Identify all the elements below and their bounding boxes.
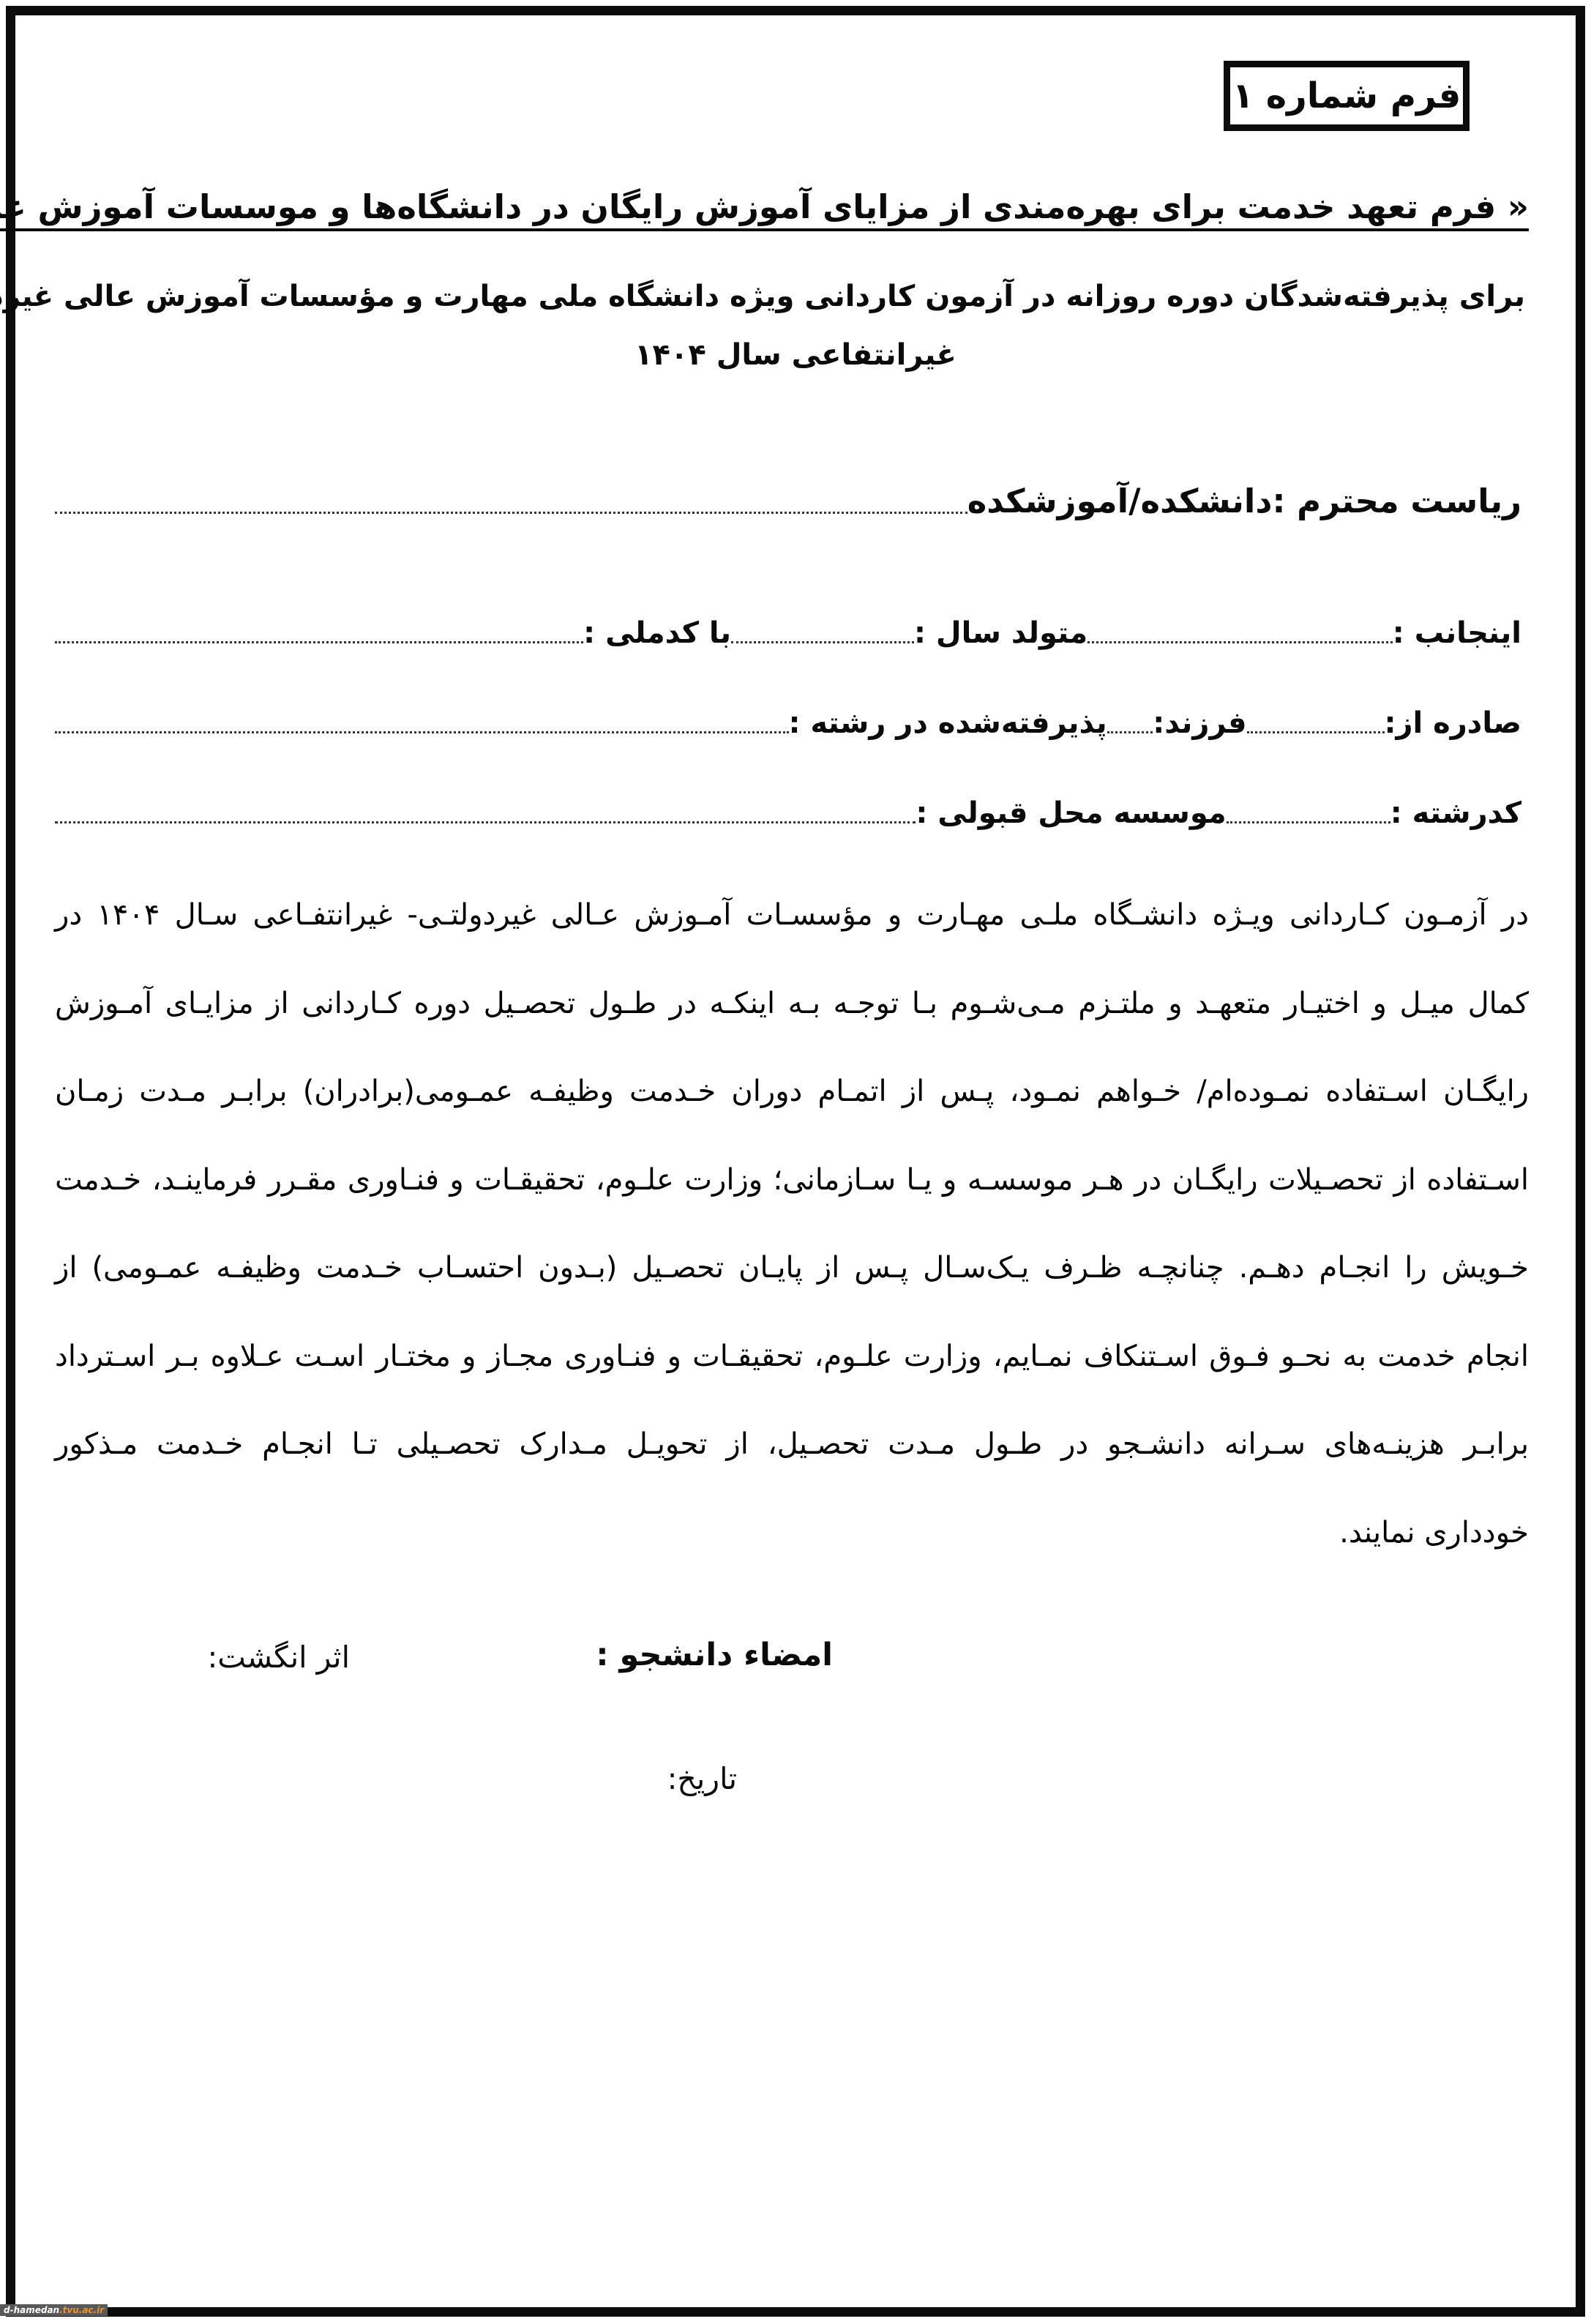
- birth-year-fill-line: [731, 641, 914, 643]
- form-document-page: { "page": { "form_number_label": "فرم شم…: [0, 0, 1591, 2324]
- paragraph-line-7: برابـر هزینـه‌های سـرانه دانشـجو در طـول…: [55, 1400, 1529, 1489]
- paragraph-line-4: اسـتفاده از تحصـیلات رایگـان در هـر موسس…: [55, 1136, 1529, 1225]
- major-code-field-label: کدرشته :: [1390, 796, 1521, 830]
- birth-year-field-label: متولد سال :: [914, 616, 1088, 650]
- paragraph-line-2: کمال میـل و اختیـار متعهـد و ملتـزم مـی‌…: [55, 960, 1529, 1048]
- form-number-box: فرم شماره ۱: [1224, 61, 1470, 131]
- paragraph-line-5: خـویش را انجـام دهـم. چنانچـه ظـرف یـک‌س…: [55, 1224, 1529, 1312]
- form-number-label: فرم شماره ۱: [1232, 75, 1461, 116]
- issued-from-field-label: صادره از:: [1385, 706, 1522, 740]
- paragraph-line-3: رایگـان اسـتفاده نمـوده‌ام/ خـواهم نمـود…: [55, 1047, 1529, 1136]
- institution-field-label: موسسه محل قبولی :: [916, 796, 1226, 830]
- site-watermark-bar: d-hamedan .tvu.ac.ir: [0, 2304, 108, 2316]
- personal-info-fields: اینجانب : متولد سال : با کدملی : صادره ا…: [55, 612, 1521, 882]
- issued-from-fill-line: [1247, 731, 1385, 733]
- commitment-paragraph: در آزمـون کـاردانی ویـژه دانشـگاه ملـی م…: [55, 871, 1529, 1577]
- student-signature-label: امضاء دانشجو :: [596, 1637, 833, 1673]
- field-row-origin: صادره از: فرزند: پذیرفته‌شده در رشته :: [55, 702, 1521, 740]
- salutation-fill-line: [55, 512, 967, 514]
- child-of-field-label: فرزند:: [1153, 706, 1246, 740]
- institution-fill-line: [55, 821, 916, 823]
- major-code-fill-line: [1227, 821, 1390, 823]
- fingerprint-label: اثر انگشت:: [207, 1640, 350, 1675]
- national-id-field-label: با کدملی :: [583, 616, 731, 650]
- name-fill-line: [1088, 641, 1393, 643]
- national-id-fill-line: [55, 641, 583, 643]
- date-label: تاریخ:: [667, 1761, 737, 1796]
- paragraph-line-1: در آزمـون کـاردانی ویـژه دانشـگاه ملـی م…: [55, 871, 1529, 960]
- field-row-institution: کدرشته : موسسه محل قبولی :: [55, 792, 1521, 830]
- name-field-label: اینجانب :: [1393, 616, 1521, 650]
- paragraph-line-6: انجام خدمت به نحـو فـوق اسـتنکاف نمـایم،…: [55, 1312, 1529, 1401]
- page-title: « فرم تعهد خدمت برای بهره‌مندی از مزایای…: [62, 187, 1529, 226]
- salutation-label: ریاست محترم :دانشکده/آموزشکده: [967, 482, 1521, 520]
- admitted-major-fill-line: [55, 731, 789, 733]
- field-row-identity: اینجانب : متولد سال : با کدملی :: [55, 612, 1521, 650]
- watermark-site-name: d-hamedan: [4, 2304, 59, 2316]
- watermark-site-domain: .tvu.ac.ir: [59, 2304, 104, 2316]
- paragraph-line-8: خودداری نمایند.: [55, 1489, 1529, 1577]
- page-subtitle-line2: غیرانتفاعی سال ۱۴۰۴: [66, 338, 1525, 372]
- page-subtitle-line1: برای پذیرفته‌شدگان دوره روزانه در آزمون …: [66, 280, 1525, 313]
- admitted-major-field-label: پذیرفته‌شده در رشته :: [789, 706, 1107, 740]
- child-of-fill-line: [1107, 731, 1153, 733]
- salutation-row: ریاست محترم :دانشکده/آموزشکده: [55, 482, 1521, 520]
